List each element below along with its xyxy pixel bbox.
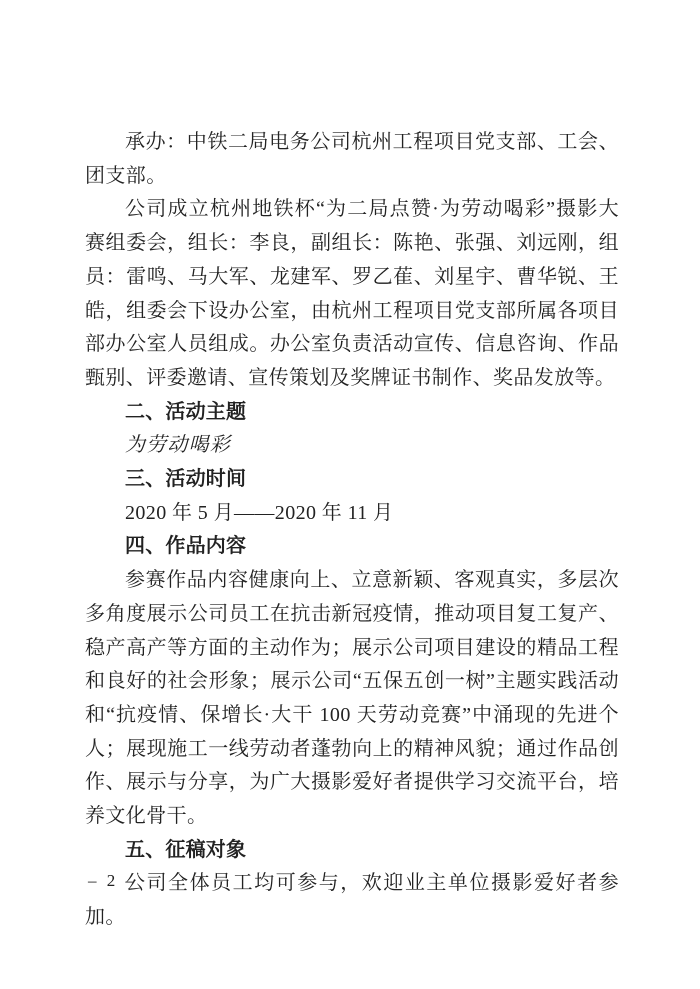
para-content: 参赛作品内容健康向上、立意新颖、客观真实，多层次多角度展示公司员工在抗击新冠疫情… (85, 564, 619, 834)
para-theme: 为劳动喝彩 (85, 429, 619, 463)
document-body: 承办：中铁二局电务公司杭州工程项目党支部、工会、团支部。公司成立杭州地铁杯“为二… (85, 126, 619, 935)
heading-submission-target: 五、征稿对象 (85, 834, 619, 868)
heading-work-content: 四、作品内容 (85, 530, 619, 564)
para-participants: 公司全体员工均可参与，欢迎业主单位摄影爱好者参加。 (85, 867, 619, 934)
heading-activity-theme: 二、活动主题 (85, 396, 619, 430)
page-number: – 2 – (88, 871, 137, 891)
para-time: 2020 年 5 月——2020 年 11 月 (85, 497, 619, 531)
document-page: 承办：中铁二局电务公司杭州工程项目党支部、工会、团支部。公司成立杭州地铁杯“为二… (0, 0, 700, 989)
para-organizer: 承办：中铁二局电务公司杭州工程项目党支部、工会、团支部。 (85, 126, 619, 193)
heading-activity-time: 三、活动时间 (85, 463, 619, 497)
para-committee: 公司成立杭州地铁杯“为二局点赞·为劳动喝彩”摄影大赛组委会，组长：李良，副组长：… (85, 193, 619, 395)
